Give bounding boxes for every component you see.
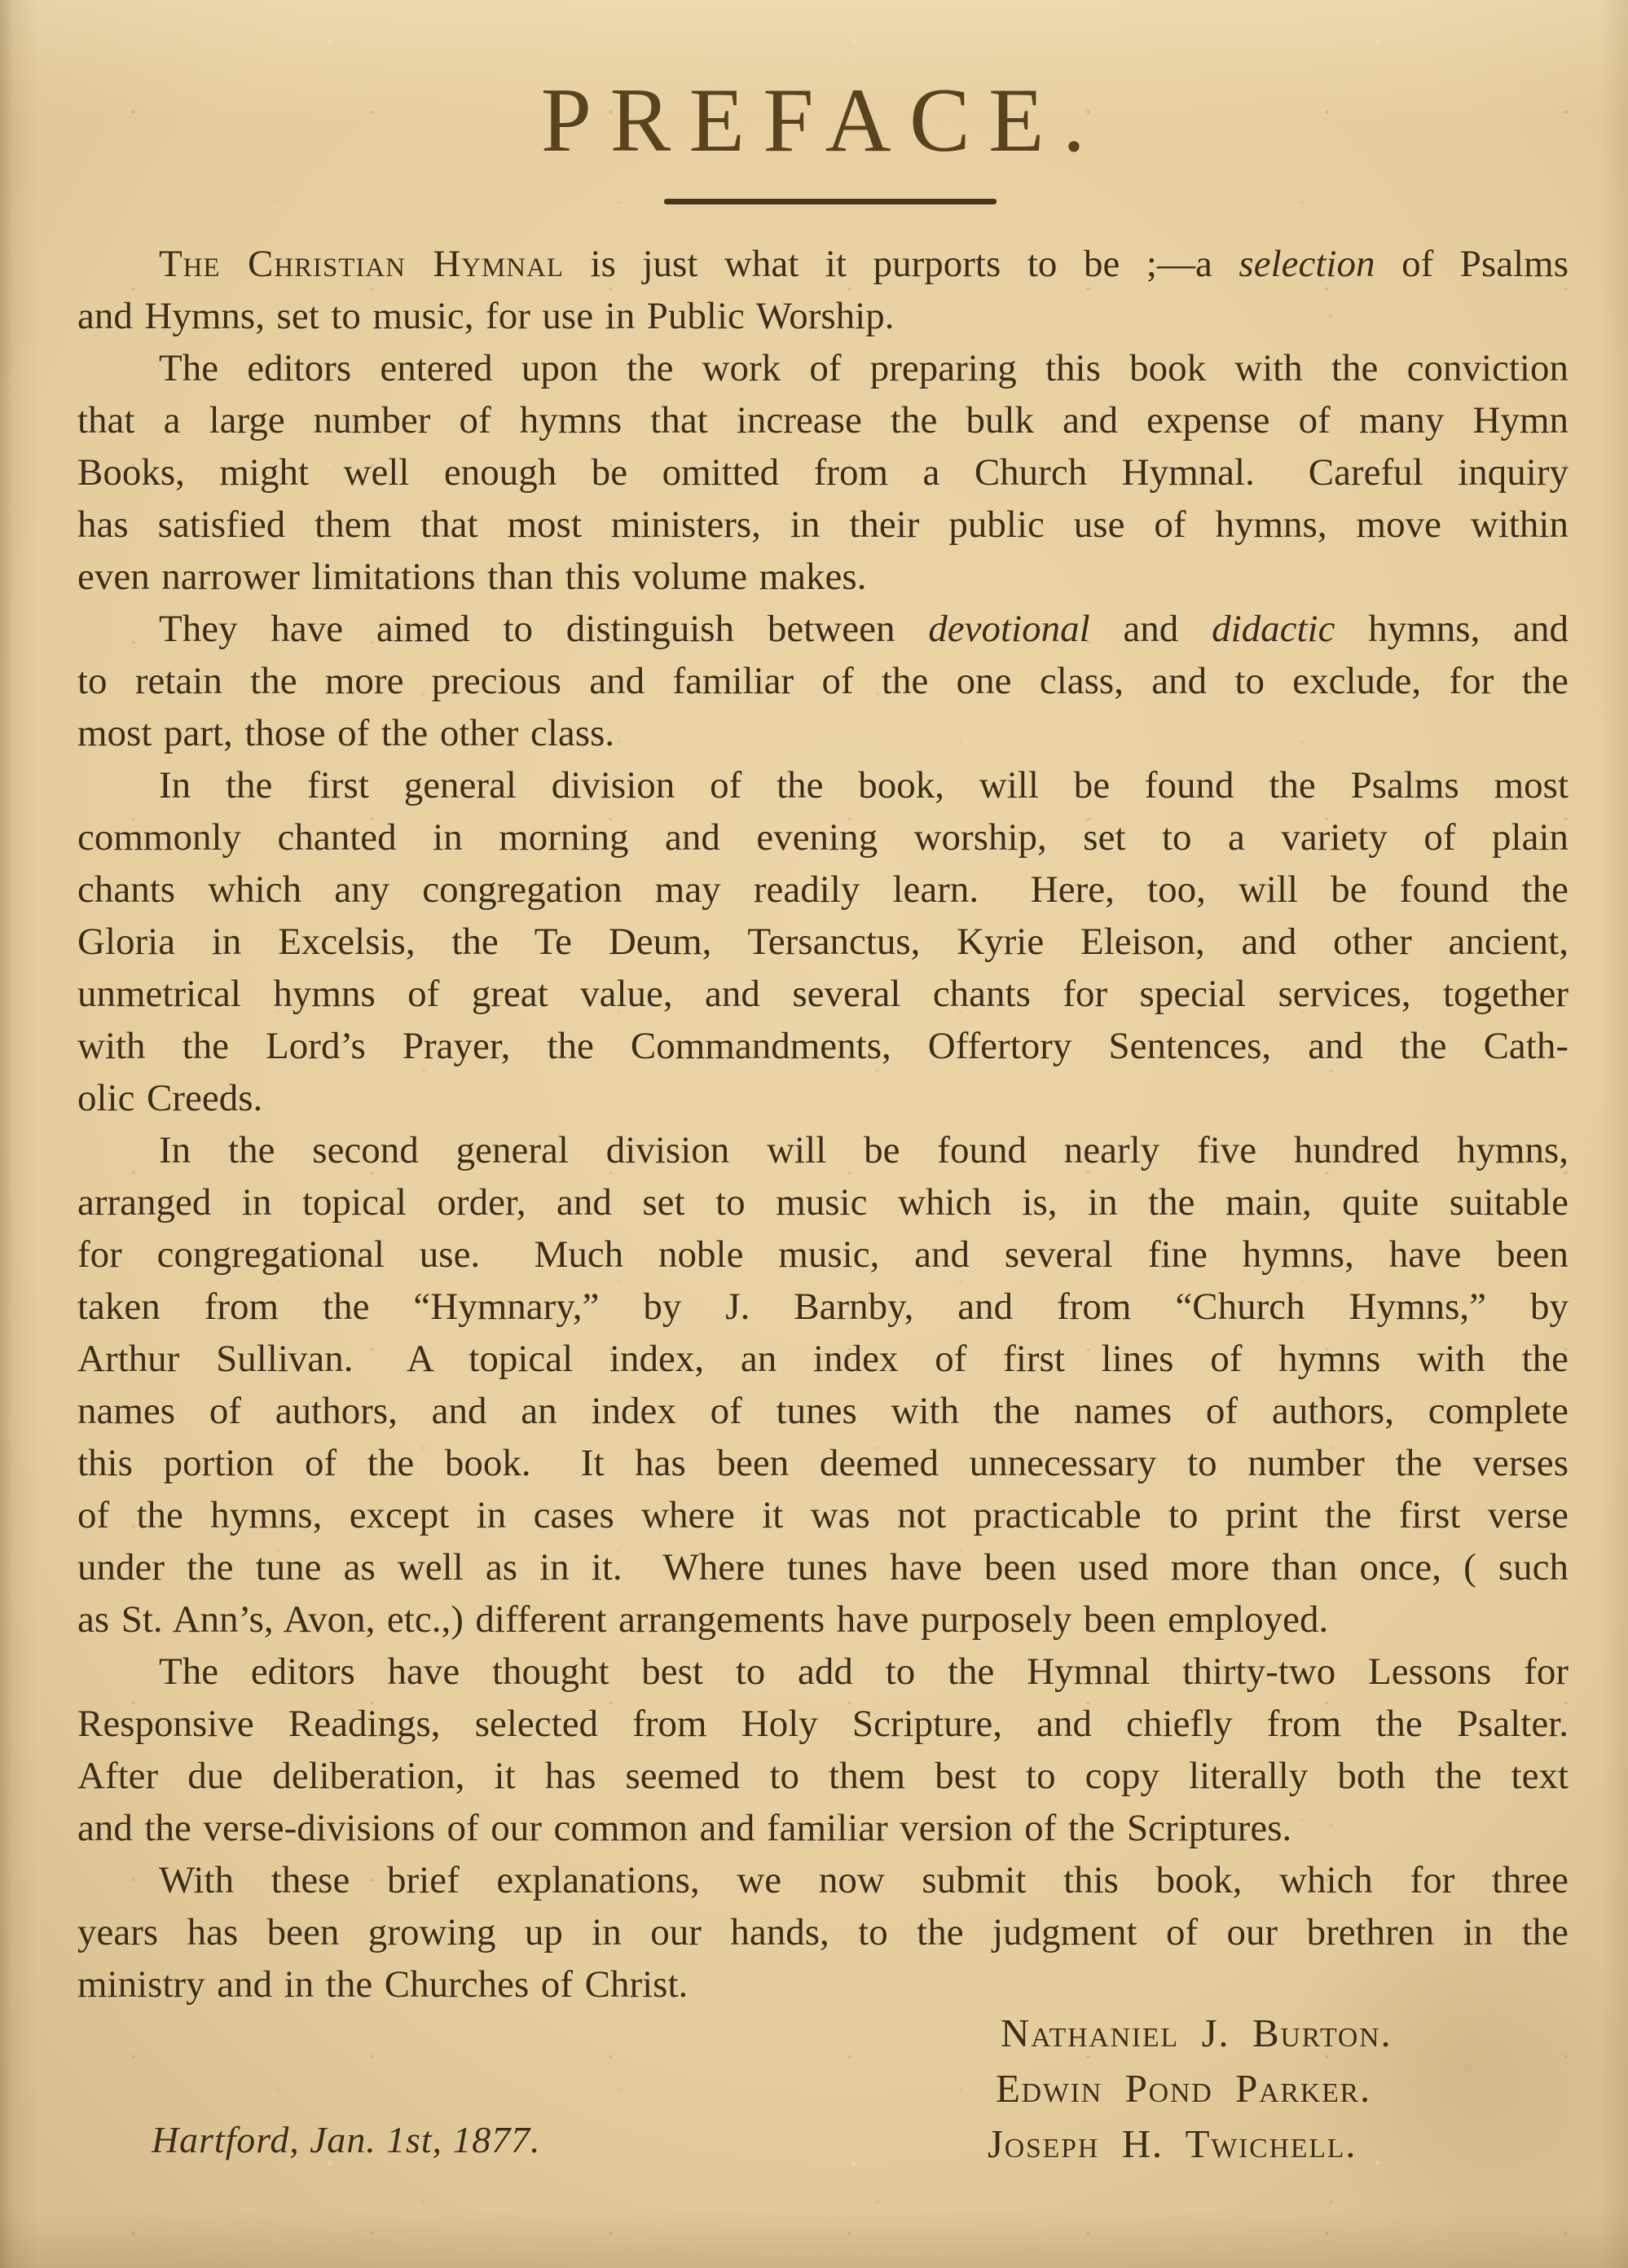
text-line: ministry and in the Churches of Christ. xyxy=(77,1958,1569,2011)
text-line: names of authors, and an index of tunes … xyxy=(77,1385,1569,1437)
text-line: and the verse-divisions of our common an… xyxy=(77,1802,1569,1854)
dateline: Hartford, Jan. 1st, 1877. xyxy=(152,2118,540,2161)
signature: Edwin Pond Parker. xyxy=(996,2061,1392,2116)
text-line: With these brief explanations, we now su… xyxy=(77,1854,1569,1906)
text-line: After due deliberation, it has seemed to… xyxy=(77,1750,1569,1802)
text-line: even narrower limitations than this volu… xyxy=(77,551,1569,603)
text-line: The Christian Hymnal is just what it pur… xyxy=(77,238,1569,290)
signature: Joseph H. Twichell. xyxy=(988,2116,1392,2172)
book-page: { "colors": { "paper": "#e9d2a2", "ink":… xyxy=(0,0,1628,2268)
text-line: Gloria in Excelsis, the Te Deum, Tersanc… xyxy=(77,916,1569,968)
text-line: with the Lord’s Prayer, the Commandments… xyxy=(77,1020,1569,1072)
text-line: under the tune as well as in it. Where t… xyxy=(77,1541,1569,1593)
text-line: Books, might well enough be omitted from… xyxy=(77,446,1569,499)
text-line: of the hymns, except in cases where it w… xyxy=(77,1489,1569,1541)
scanned-page: PREFACE. The Christian Hymnal is just wh… xyxy=(0,0,1628,2268)
signature: Nathaniel J. Burton. xyxy=(1001,2006,1392,2061)
signature-list: Nathaniel J. Burton.Edwin Pond Parker.Jo… xyxy=(988,2006,1392,2172)
text-line: olic Creeds. xyxy=(77,1072,1569,1124)
text-line: for congregational use. Much noble music… xyxy=(77,1228,1569,1281)
text-line: years has been growing up in our hands, … xyxy=(77,1906,1569,1958)
text-line: Arthur Sullivan. A topical index, an ind… xyxy=(77,1333,1569,1385)
text-line: Responsive Readings, selected from Holy … xyxy=(77,1698,1569,1750)
text-line: as St. Ann’s, Avon, etc.,) different arr… xyxy=(77,1593,1569,1646)
text-line: that a large number of hymns that increa… xyxy=(77,394,1569,446)
text-line: to retain the more precious and familiar… xyxy=(77,655,1569,707)
text-line: The editors have thought best to add to … xyxy=(77,1646,1569,1698)
text-line: has satisfied them that most ministers, … xyxy=(77,499,1569,551)
page-title: PREFACE. xyxy=(0,62,1628,181)
text-line: In the first general division of the boo… xyxy=(77,759,1569,811)
text-line: The editors entered upon the work of pre… xyxy=(77,342,1569,394)
text-line: commonly chanted in morning and evening … xyxy=(77,811,1569,864)
preface-body: The Christian Hymnal is just what it pur… xyxy=(77,238,1569,2011)
text-line: They have aimed to distinguish between d… xyxy=(77,603,1569,655)
text-line: and Hymns, set to music, for use in Publ… xyxy=(77,290,1569,342)
text-line: arranged in topical order, and set to mu… xyxy=(77,1176,1569,1228)
text-line: In the second general division will be f… xyxy=(77,1124,1569,1176)
text-line: this portion of the book. It has been de… xyxy=(77,1437,1569,1489)
text-line: most part, those of the other class. xyxy=(77,707,1569,759)
title-divider xyxy=(664,199,997,204)
text-line: taken from the “Hymnary,” by J. Barnby, … xyxy=(77,1281,1569,1333)
text-line: unmetrical hymns of great value, and sev… xyxy=(77,968,1569,1020)
text-line: chants which any congregation may readil… xyxy=(77,864,1569,916)
